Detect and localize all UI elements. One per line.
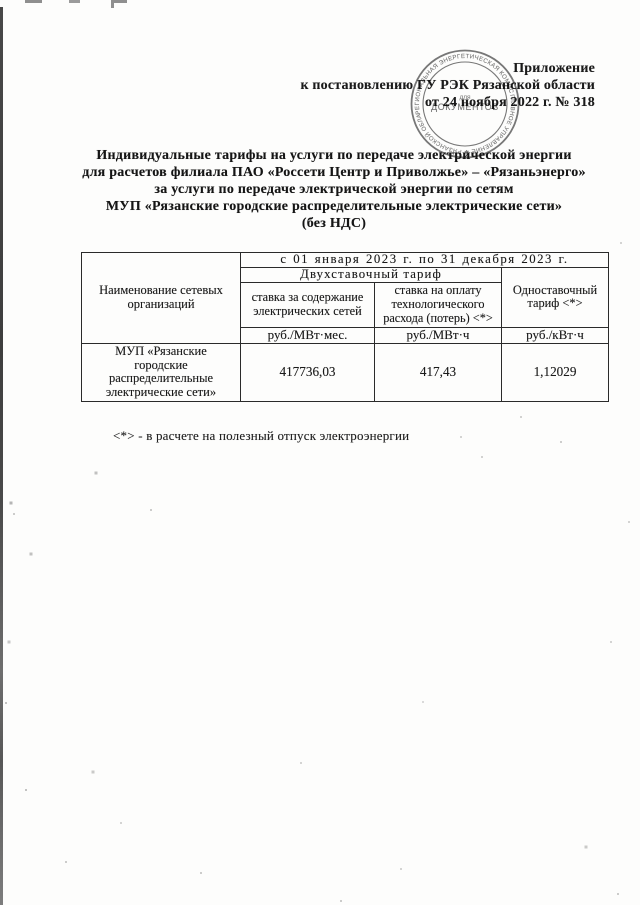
cell-org-name: МУП «Рязанские городские распределительн… (82, 343, 241, 401)
unit-maintenance: руб./МВт·мес. (241, 327, 375, 343)
document-title: Индивидуальные тарифы на услуги по перед… (28, 148, 640, 233)
col-header-two-rate-tariff: Двухставочный тариф (241, 267, 502, 282)
unit-losses: руб./МВт·ч (375, 327, 502, 343)
title-line4: МУП «Рязанские городские распределительн… (28, 199, 640, 216)
org-name-text: МУП «Рязанские городские распределительн… (95, 345, 227, 400)
col-header-losses-rate: ставка на оплату технологического расход… (375, 282, 502, 327)
title-line1: Индивидуальные тарифы на услуги по перед… (28, 148, 640, 165)
cell-single-rate-value: 1,12029 (502, 343, 609, 401)
title-line3: за услуги по передаче электрической энер… (28, 182, 640, 199)
scanned-document-page: Приложение к постановлению ГУ РЭК Рязанс… (0, 0, 640, 905)
stamp-center-small-text: для (459, 94, 471, 101)
col-header-single-rate-tariff: Одноставочный тариф <*> (502, 267, 609, 327)
scan-mark (69, 0, 80, 3)
col-header-org-name: Наименование сетевых организаций (82, 253, 241, 344)
scan-mark (111, 0, 114, 8)
scan-mark (25, 0, 42, 3)
title-line2: для расчетов филиала ПАО «Россети Центр … (28, 165, 640, 182)
tariff-table: Наименование сетевых организаций с 01 ян… (81, 252, 609, 402)
table-row-data: МУП «Рязанские городские распределительн… (82, 343, 609, 401)
scan-edge-artifact (0, 7, 3, 905)
title-line5: (без НДС) (28, 216, 640, 233)
table-row-period: Наименование сетевых организаций с 01 ян… (82, 253, 609, 268)
footnote: <*> - в расчете на полезный отпуск элект… (113, 428, 409, 444)
stamp-center-main-text: ДОКУМЕНТОВ (431, 102, 499, 112)
round-ink-stamp: РЕГИОНАЛЬНАЯ ЭНЕРГЕТИЧЕСКАЯ КОМИССИЯ ГЛА… (407, 46, 523, 162)
unit-single: руб./кВт·ч (502, 327, 609, 343)
cell-maintenance-rate-value: 417736,03 (241, 343, 375, 401)
col-header-maintenance-rate: ставка за содержание электрических сетей (241, 282, 375, 327)
col-header-period: с 01 января 2023 г. по 31 декабря 2023 г… (241, 253, 609, 268)
cell-losses-rate-value: 417,43 (375, 343, 502, 401)
scan-noise-speckles (0, 0, 2, 2)
